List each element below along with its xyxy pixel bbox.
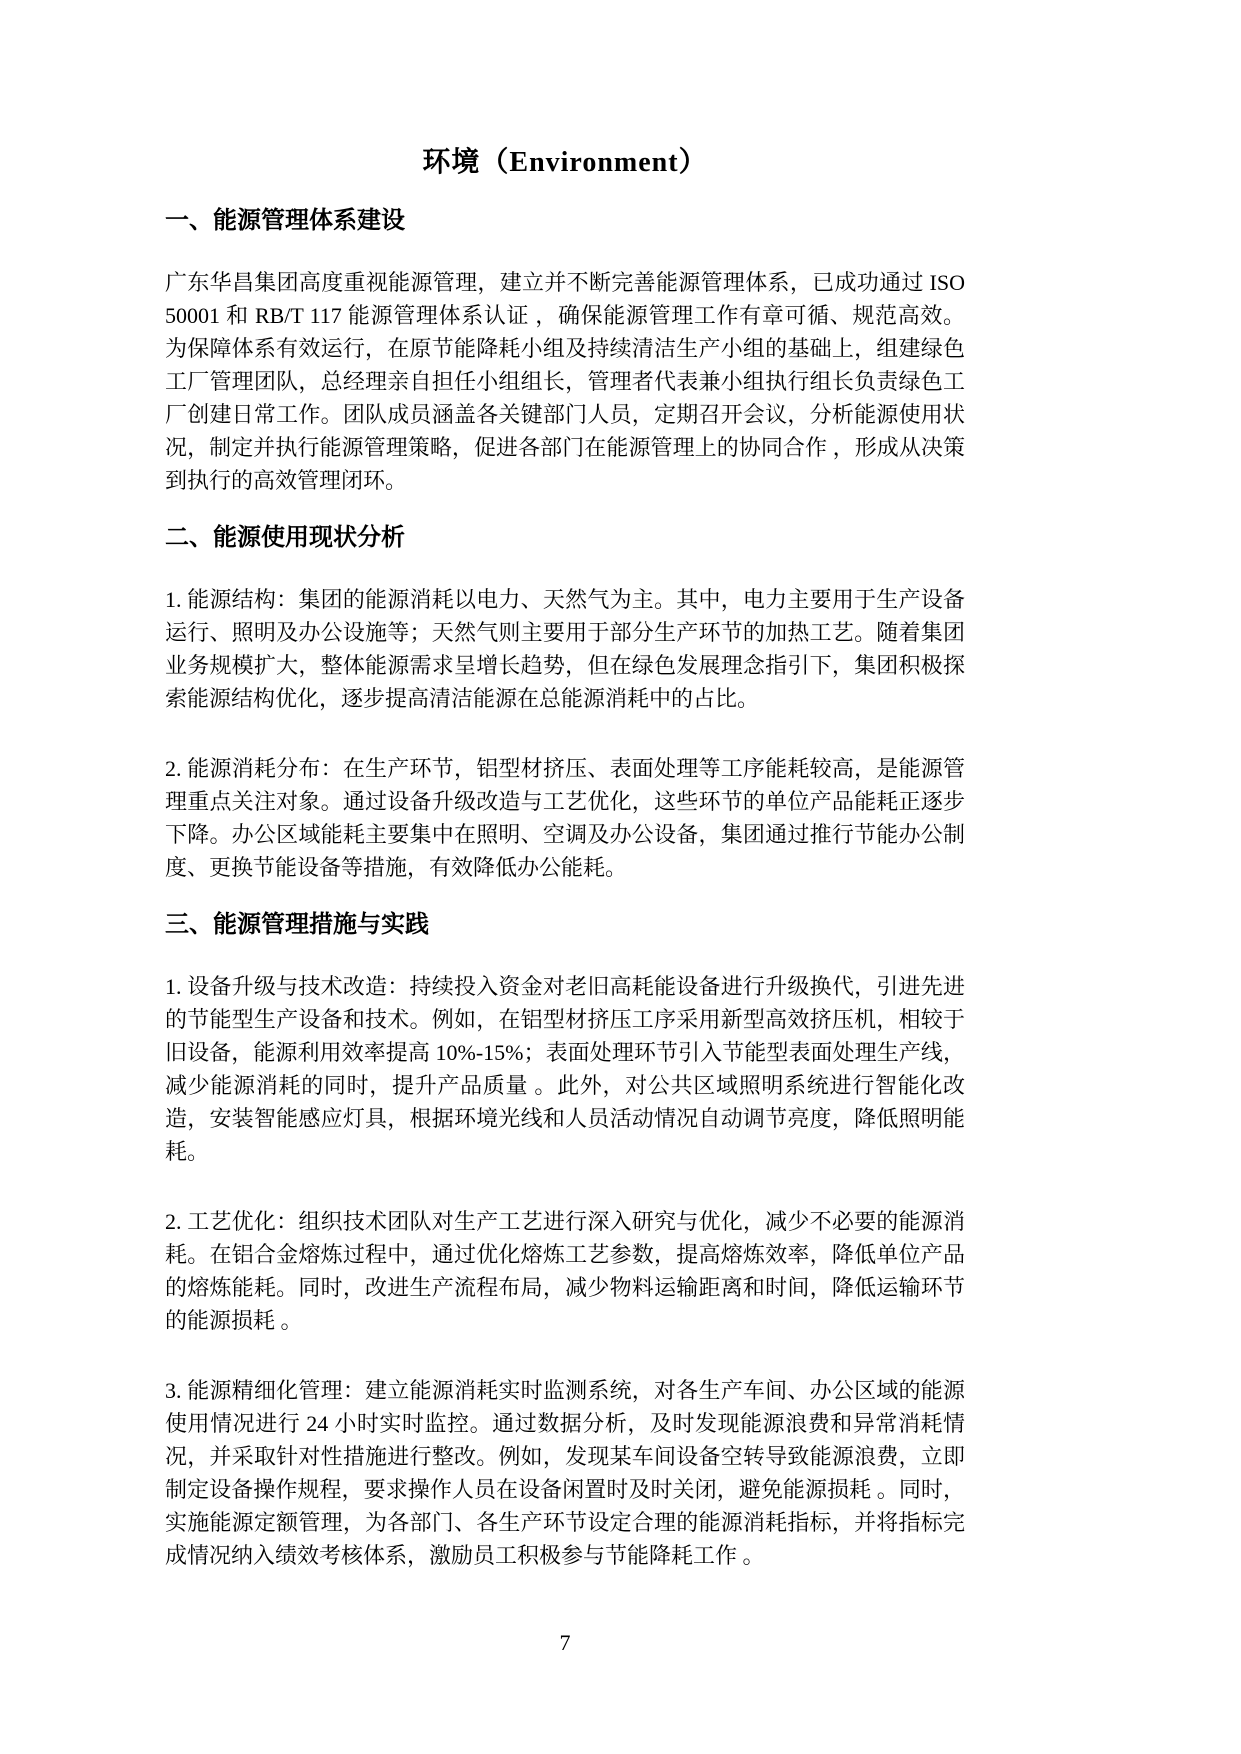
document-page: 环境（Environment） 一、能源管理体系建设 广东华昌集团高度重视能源管… [0,0,1241,1754]
section-heading-1: 一、能源管理体系建设 [165,206,965,236]
paragraph: 1. 设备升级与技术改造：持续投入资金对老旧高耗能设备进行升级换代，引进先进的节… [165,970,965,1168]
section-energy-management-system: 一、能源管理体系建设 广东华昌集团高度重视能源管理，建立并不断完善能源管理体系，… [165,206,965,497]
paragraph: 广东华昌集团高度重视能源管理，建立并不断完善能源管理体系，已成功通过 ISO 5… [165,266,965,497]
document-content: 环境（Environment） 一、能源管理体系建设 广东华昌集团高度重视能源管… [165,146,965,1572]
paragraph: 2. 工艺优化：组织技术团队对生产工艺进行深入研究与优化，减少不必要的能源消耗。… [165,1205,965,1337]
paragraph: 1. 能源结构：集团的能源消耗以电力、天然气为主。其中，电力主要用于生产设备运行… [165,583,965,715]
section-energy-usage-analysis: 二、能源使用现状分析 1. 能源结构：集团的能源消耗以电力、天然气为主。其中，电… [165,523,965,884]
section-energy-management-measures: 三、能源管理措施与实践 1. 设备升级与技术改造：持续投入资金对老旧高耗能设备进… [165,910,965,1572]
page-title: 环境（Environment） [165,146,965,180]
section-heading-2: 二、能源使用现状分析 [165,523,965,553]
section-heading-3: 三、能源管理措施与实践 [165,910,965,940]
paragraph: 3. 能源精细化管理：建立能源消耗实时监测系统，对各生产车间、办公区域的能源使用… [165,1374,965,1572]
page-number: 7 [165,1630,965,1656]
paragraph: 2. 能源消耗分布：在生产环节，铝型材挤压、表面处理等工序能耗较高，是能源管理重… [165,752,965,884]
